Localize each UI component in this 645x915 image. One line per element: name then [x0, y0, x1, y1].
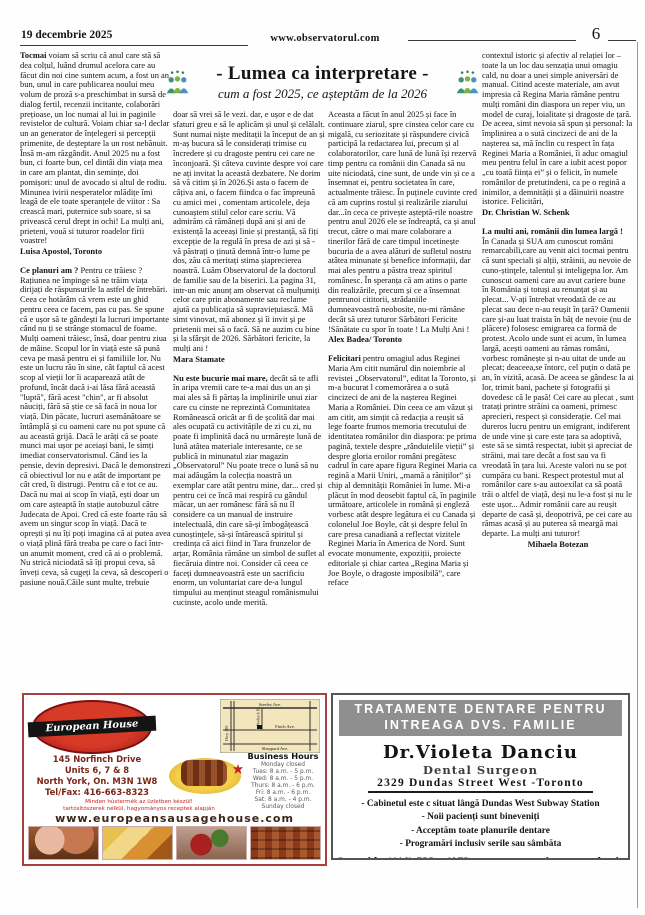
letter-paragraph: doar să vrei să le vezi. dar, e ușor e d… [173, 110, 325, 354]
column-2: doar să vrei să le vezi. dar, e ușor e d… [173, 110, 325, 688]
letter-signature: Luisa Apostol, Toronto [20, 247, 171, 257]
dental-divider [368, 791, 592, 793]
sausages-photo [250, 826, 321, 860]
business-hours: Business Hours Monday closed Tues: 8 a.m… [244, 751, 322, 811]
dental-ad: TRATAMENTE DENTARE PENTRU INTREAGA DVS. … [331, 693, 630, 860]
hungarian-tagline: Minden hústermék az üzletben készül! tar… [26, 799, 252, 813]
business-hours-title: Business Hours [244, 751, 322, 761]
dental-phone-line: Sunați la (416) 533 - 4973 pentru a aran… [333, 855, 628, 860]
header-rule-right [608, 40, 636, 41]
letter-paragraph: Nu este bucurie mai mare, decât să te af… [173, 374, 325, 608]
sausages-graphic [181, 760, 227, 786]
letter-signature: Mihaela Botezan [482, 540, 634, 550]
letter-paragraph: contextul istoric și afectiv al relației… [482, 51, 634, 207]
letter-signature: Alex Badea/ Toronto [328, 335, 479, 345]
store-website: www.europeansausagehouse.com [24, 812, 325, 825]
dental-bullet-list: - Cabinetul este c situat lângă Dundas W… [333, 798, 628, 851]
article-title-block: - Lumea ca interpretare - cum a fost 202… [164, 55, 481, 109]
european-house-logo: European House [32, 700, 152, 754]
sausage-plate-photo [167, 752, 245, 796]
map-label-hwy400: Hwy 400 [224, 726, 229, 741]
store-location-map: Steeles Ave. Finch Ave. Sheppard Ave. Hw… [220, 699, 320, 753]
column-1: Tocmai voiam să scriu că anul care stă s… [20, 51, 171, 681]
header-rule-left [20, 45, 248, 46]
map-label-steeles: Steeles Ave. [259, 702, 281, 707]
logo-ribbon: European House [28, 716, 157, 738]
column-3: Aceasta a făcut în anul 2025 și face în … [328, 110, 479, 688]
map-label-norfinch: Norfinch Dr. [257, 707, 261, 726]
letter-paragraph: Aceasta a făcut în anul 2025 și face în … [328, 110, 479, 334]
page-number: 6 [586, 24, 606, 44]
dental-ad-header: TRATAMENTE DENTARE PENTRU INTREAGA DVS. … [339, 700, 622, 736]
community-people-icon [454, 69, 481, 96]
letter-paragraph: Tocmai voiam să scriu că anul care stă s… [20, 51, 171, 246]
european-house-ad: European House Steeles Ave. Finch Ave. S… [22, 693, 327, 866]
article-title: - Lumea ca interpretare - [191, 63, 454, 85]
letter-paragraph: Ce planuri am ? Pentru ce trăiesc ? Rați… [20, 266, 171, 588]
clinic-address: 2329 Dundas Street West -Toronto [333, 777, 628, 789]
meat-platter-photo [176, 826, 247, 860]
letter-signature: Dr. Christian W. Schenk [482, 208, 634, 218]
logo-text: European House [45, 719, 138, 735]
newspaper-page: 19 decembrie 2025 www.observatorul.com 6… [0, 0, 645, 915]
letter-signature: Mara Stamate [173, 355, 325, 365]
page-edge-rule [637, 42, 638, 908]
store-address: 145 Norfinch Drive Units 6, 7 & 8 North … [28, 754, 166, 798]
deli-meats-photo [28, 826, 99, 860]
header-rule-mid [408, 40, 576, 41]
doctor-title: Dental Surgeon [333, 763, 628, 777]
article-subtitle: cum a fost 2025, ce așteptăm de la 2026 [191, 86, 454, 102]
site-url: www.observatorul.com [245, 33, 405, 44]
column-4: contextul istoric și afectiv al relației… [482, 51, 634, 687]
doctor-name: Dr.Violeta Danciu [333, 742, 628, 763]
cheese-photo [102, 826, 173, 860]
letter-paragraph: Felicitari pentru omagiul adus Reginei M… [328, 354, 479, 588]
issue-date: 19 decembrie 2025 [21, 29, 112, 41]
food-photo-strip [28, 826, 321, 860]
map-label-finch: Finch Ave. [275, 724, 295, 729]
letter-paragraph: La multi ani, românii din lumea largă !Î… [482, 227, 634, 539]
